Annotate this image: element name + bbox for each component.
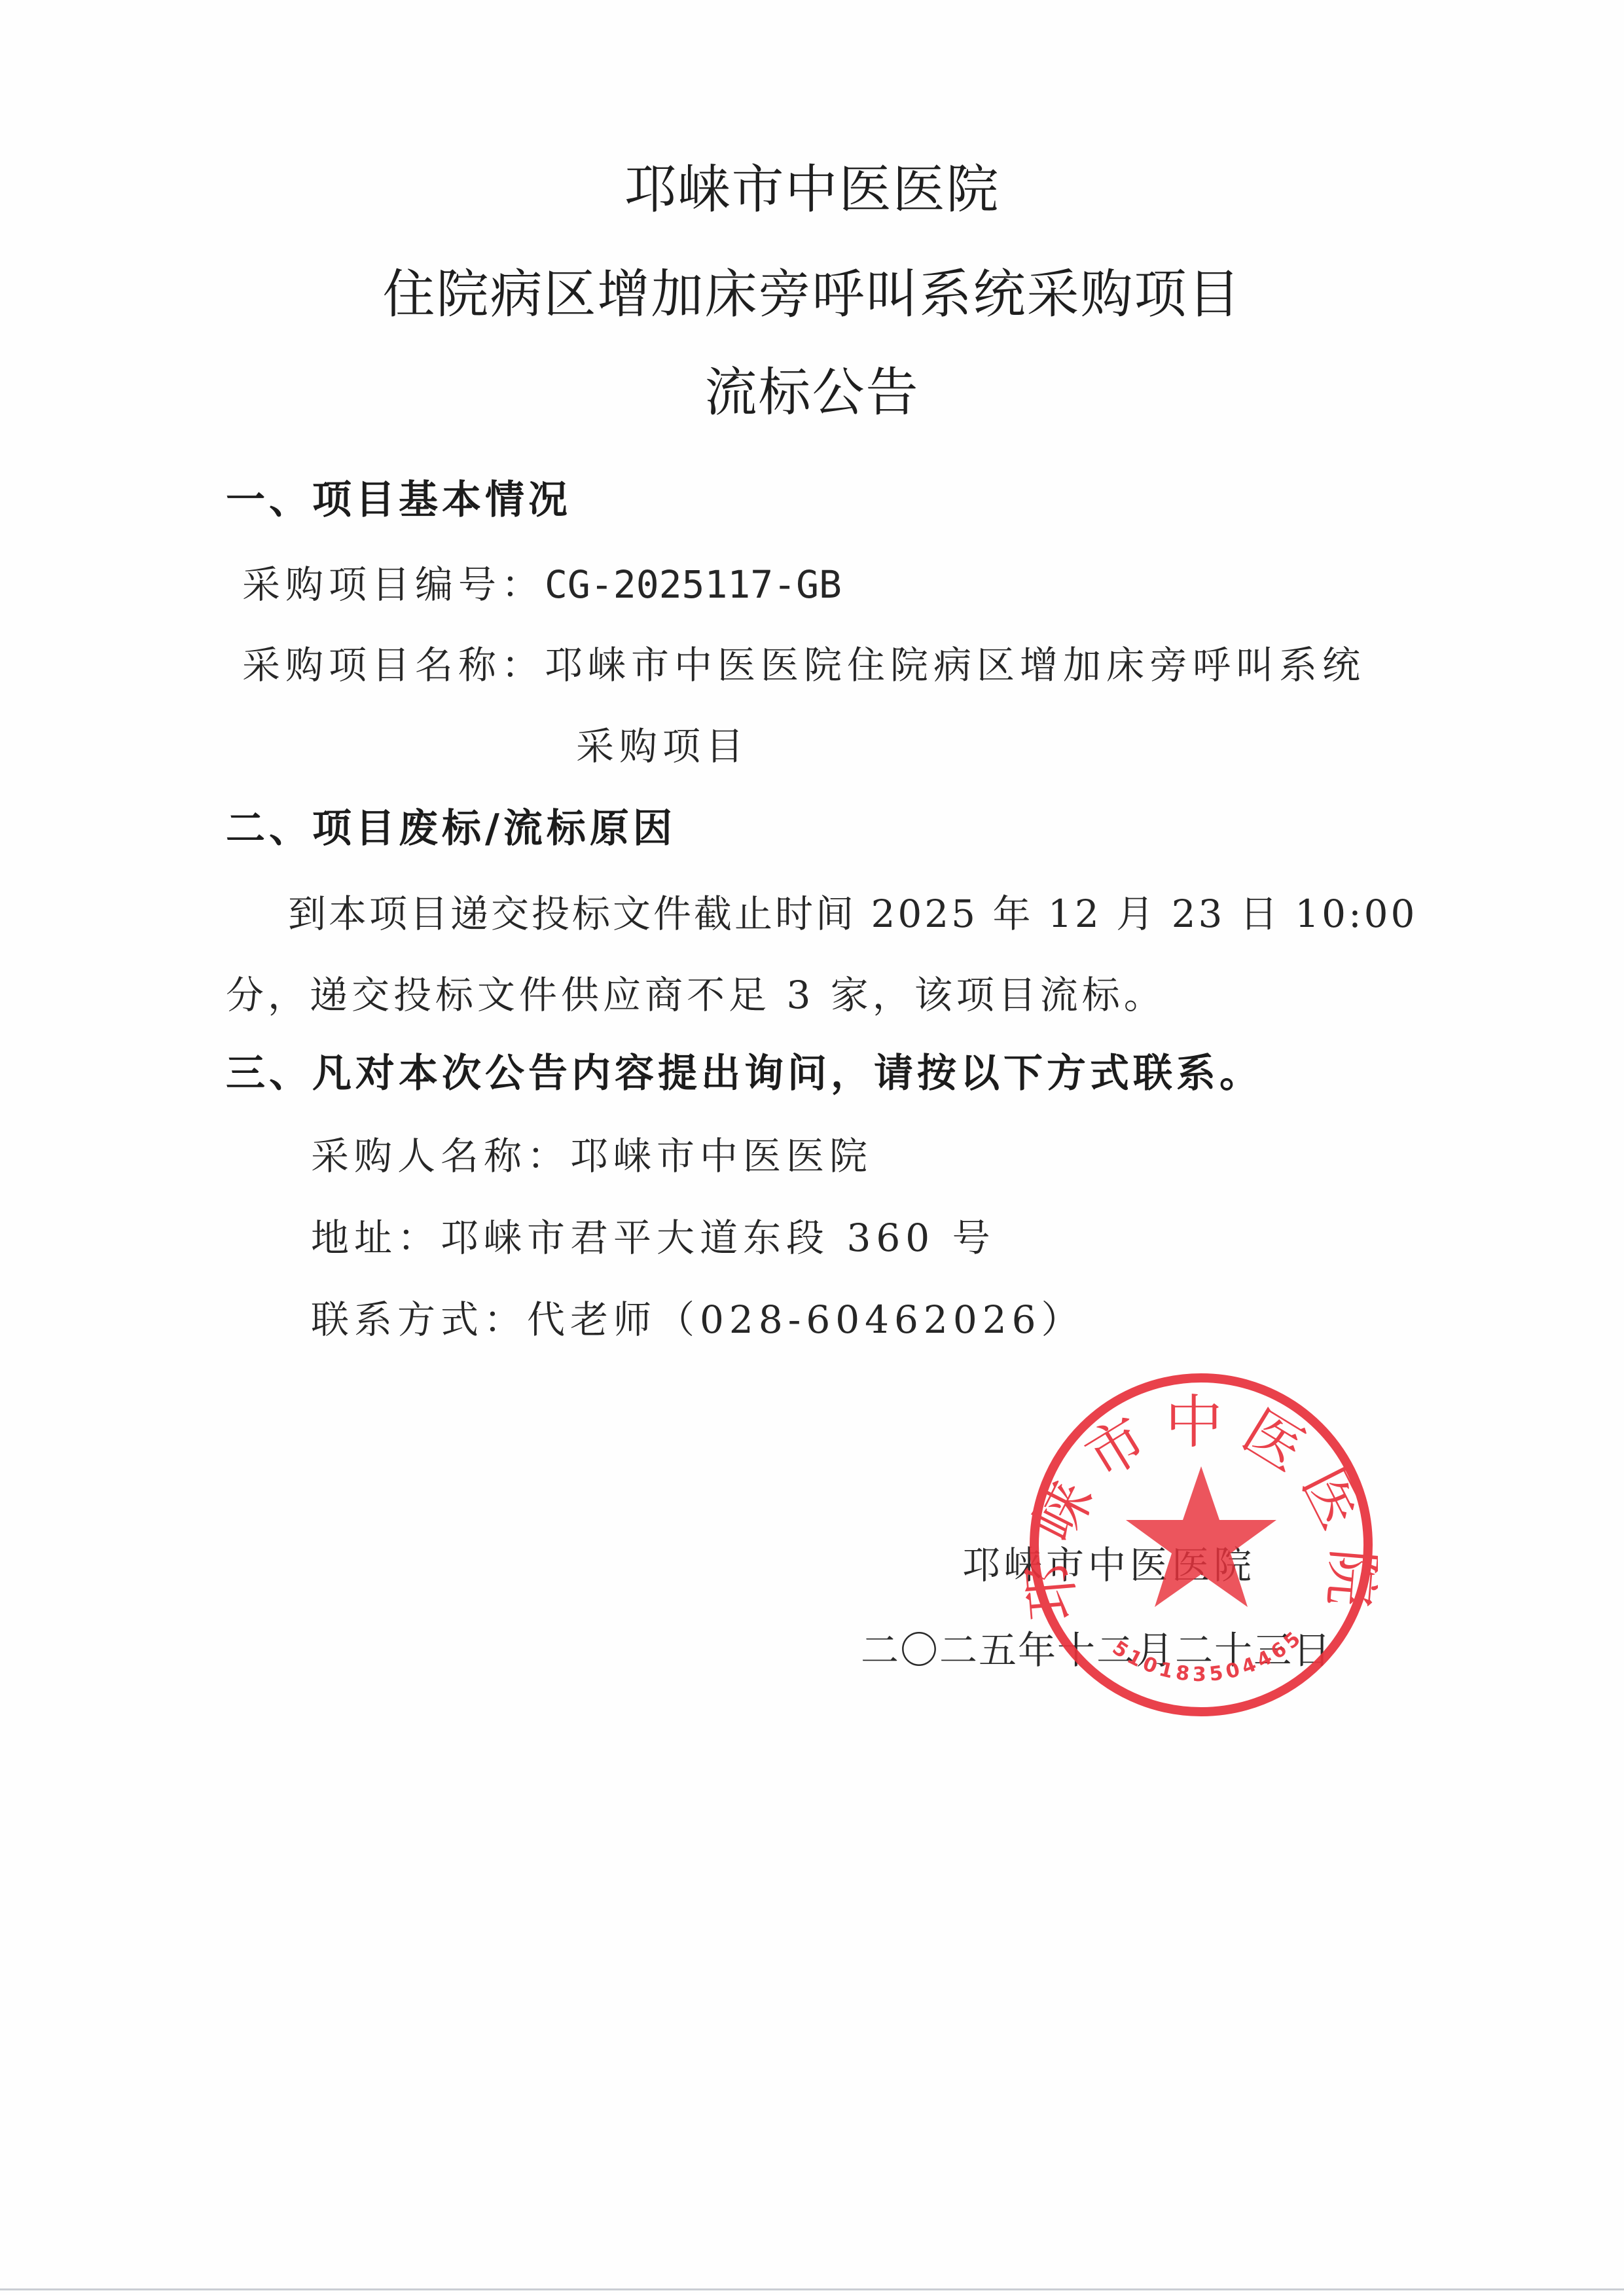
project-name-row: 采购项目名称：邛崃市中医医院住院病区增加床旁呼叫系统 [242, 642, 1365, 689]
title-hospital: 邛崃市中医医院 [0, 158, 1624, 221]
project-number-value: CG-2025117-GB [545, 562, 842, 607]
section-heading-failure-reason: 二、项目废标/流标原因 [226, 805, 676, 852]
project-number-label: 采购项目编号： [242, 562, 545, 607]
address-label: 地址： [311, 1216, 441, 1260]
scan-edge-line [0, 2288, 1624, 2290]
document-page: 邛崃市中医医院 住院病区增加床旁呼叫系统采购项目 流标公告 一、项目基本情况 采… [0, 0, 1624, 2295]
project-name-value: 邛崃市中医医院住院病区增加床旁呼叫系统 [545, 643, 1365, 687]
title-project: 住院病区增加床旁呼叫系统采购项目 [0, 263, 1624, 326]
reason-paragraph-line-2: 分，递交投标文件供应商不足 3 家，该项目流标。 [226, 971, 1166, 1019]
purchaser-name-value: 邛崃市中医医院 [570, 1134, 873, 1178]
purchaser-name-label: 采购人名称： [311, 1134, 570, 1178]
signature-date: 二〇二五年十二月二十三日 [861, 1627, 1332, 1674]
section-heading-contact: 三、凡对本次公告内容提出询问，请按以下方式联系。 [226, 1050, 1263, 1097]
address-row: 地址：邛崃市君平大道东段 360 号 [311, 1214, 996, 1261]
project-name-label: 采购项目名称： [242, 643, 545, 687]
project-name-continuation: 采购项目 [576, 723, 749, 770]
title-notice: 流标公告 [0, 361, 1624, 424]
contact-row: 联系方式：代老师（028-60462026） [311, 1296, 1085, 1343]
reason-paragraph-line-1: 到本项目递交投标文件截止时间 2025 年 12 月 23 日 10:00 [288, 890, 1417, 937]
contact-label: 联系方式： [311, 1297, 527, 1342]
contact-value: 代老师（028-60462026） [527, 1297, 1085, 1342]
project-number-row: 采购项目编号：CG-2025117-GB [242, 561, 842, 608]
address-value: 邛崃市君平大道东段 360 号 [441, 1216, 996, 1260]
purchaser-name-row: 采购人名称：邛崃市中医医院 [311, 1132, 873, 1180]
section-heading-basic-info: 一、项目基本情况 [226, 477, 571, 524]
signature-organization: 邛崃市中医医院 [962, 1542, 1255, 1589]
